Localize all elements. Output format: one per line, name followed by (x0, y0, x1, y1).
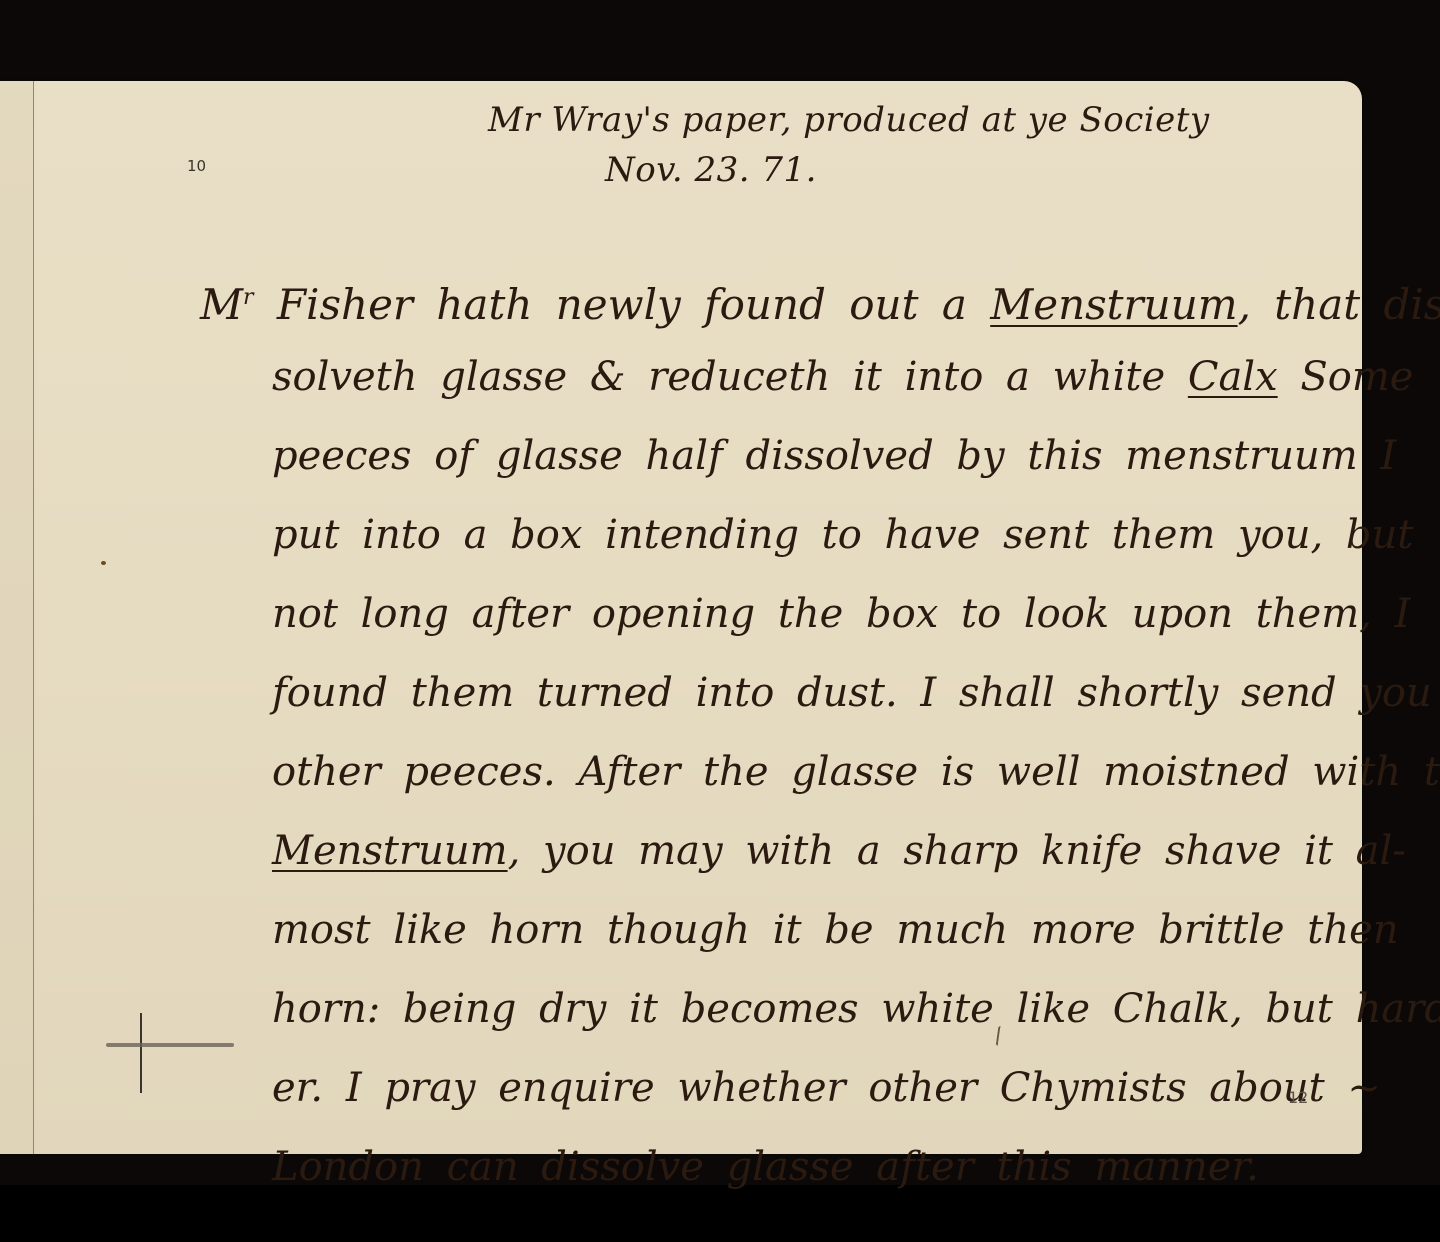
body-line-6: found them turned into dust. I shall sho… (200, 663, 1350, 742)
line-text: solveth glasse & reduceth it into a whit… (272, 354, 1188, 400)
body-line-5: not long after opening the box to look u… (200, 584, 1350, 663)
body-line-12: London can dissolve glasse after this ma… (200, 1137, 1350, 1216)
body-line-10: horn: being dry it becomes white like Ch… (200, 979, 1350, 1058)
body-line-2: solveth glasse & reduceth it into a whit… (200, 347, 1350, 426)
body-line-1: Mr Fisher hath newly found out a Menstru… (200, 268, 1350, 347)
line-text: not long after opening the box to look u… (272, 591, 1410, 637)
cross-vertical-stroke (140, 1013, 142, 1093)
line-text: er. I pray enquire whether other Chymist… (272, 1065, 1381, 1111)
cross-horizontal-stroke (106, 1043, 234, 1047)
body-line-11: er. I pray enquire whether other Chymist… (200, 1058, 1350, 1137)
letter-body: Mr Fisher hath newly found out a Menstru… (200, 268, 1350, 1216)
underlined-word: Calx (1188, 354, 1278, 400)
header-title: Mr Wray's paper, produced at ye Society (488, 100, 1210, 140)
underlined-word: Menstruum (990, 280, 1237, 329)
fold-strip (0, 81, 34, 1154)
line-text: horn: being dry it becomes white like Ch… (272, 986, 1440, 1032)
header-date: Nov. 23. 71. (605, 150, 817, 190)
folio-number-bottom: 12 (1288, 1088, 1308, 1107)
pencil-cross-mark-icon (100, 1013, 240, 1093)
line-text: peeces of glasse half dissolved by this … (272, 433, 1396, 479)
body-line-3: peeces of glasse half dissolved by this … (200, 426, 1350, 505)
fold-line (33, 81, 34, 1154)
body-line-8: Menstruum, you may with a sharp knife sh… (200, 821, 1350, 900)
line-text: other peeces. After the glasse is well m… (272, 749, 1440, 795)
ink-spot (101, 561, 106, 565)
line-text: found them turned into dust. I shall sho… (272, 670, 1432, 716)
superscript: r (243, 285, 254, 310)
line-text: , you may with a sharp knife shave it al… (508, 828, 1406, 874)
line-text: put into a box intending to have sent th… (272, 512, 1413, 558)
line-text: London can dissolve glasse after this ma… (272, 1144, 1259, 1190)
line-text: M (200, 280, 243, 329)
line-text: Fisher hath newly found out a (254, 280, 991, 329)
line-text: , that dis- (1238, 280, 1440, 329)
folio-number-top: 10 (187, 157, 206, 175)
underlined-word: Menstruum (272, 828, 508, 874)
body-line-9: most like horn though it be much more br… (200, 900, 1350, 979)
line-text: Some (1278, 354, 1414, 400)
body-line-7: other peeces. After the glasse is well m… (200, 742, 1350, 821)
line-text: most like horn though it be much more br… (272, 907, 1399, 953)
body-line-4: put into a box intending to have sent th… (200, 505, 1350, 584)
